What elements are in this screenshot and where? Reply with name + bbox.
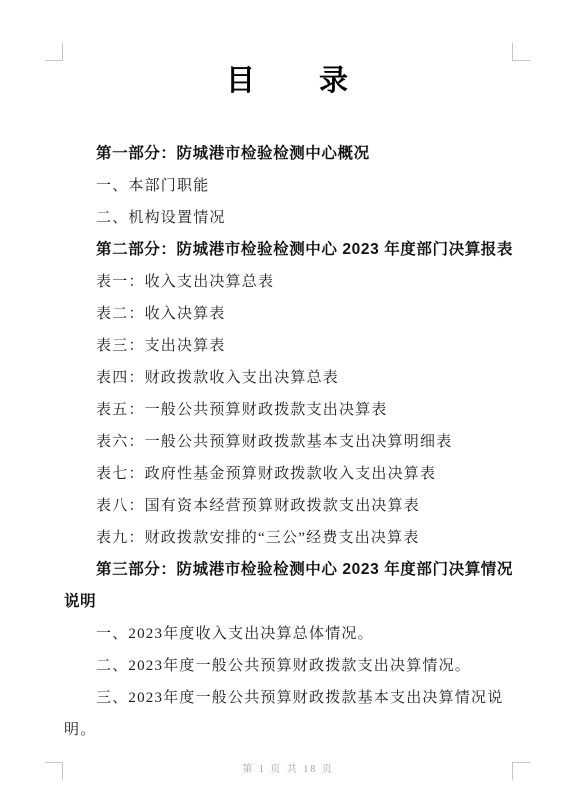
- toc-line: 表四：财政拨款收入支出决算总表: [64, 362, 512, 394]
- crop-mark-top-left: [45, 43, 63, 61]
- toc-line: 说明: [64, 586, 512, 618]
- toc-line: 表六：一般公共预算财政拨款基本支出决算明细表: [64, 426, 512, 458]
- page-number-footer: 第 1 页 共 18 页: [64, 760, 512, 775]
- toc-line: 表五：一般公共预算财政拨款支出决算表: [64, 394, 512, 426]
- toc-list: 第一部分：防城港市检验检测中心概况一、本部门职能二、机构设置情况第二部分：防城港…: [64, 138, 512, 746]
- crop-mark-bottom-right: [512, 762, 530, 780]
- toc-line: 表一：收入支出决算总表: [64, 266, 512, 298]
- toc-line: 三、2023年度一般公共预算财政拨款基本支出决算情况说: [64, 682, 512, 714]
- toc-line: 表二：收入决算表: [64, 298, 512, 330]
- toc-line: 一、本部门职能: [64, 170, 512, 202]
- document-page: 目 录 第一部分：防城港市检验检测中心概况一、本部门职能二、机构设置情况第二部分…: [0, 0, 567, 797]
- toc-line: 二、2023年度一般公共预算财政拨款支出决算情况。: [64, 650, 512, 682]
- toc-line: 一、2023年度收入支出决算总体情况。: [64, 618, 512, 650]
- toc-line: 表三：支出决算表: [64, 330, 512, 362]
- page-title: 目 录: [64, 61, 512, 101]
- toc-line: 表七：政府性基金预算财政拨款收入支出决算表: [64, 458, 512, 490]
- toc-line: 明。: [64, 714, 512, 746]
- crop-mark-top-right: [512, 43, 530, 61]
- toc-line: 第二部分：防城港市检验检测中心 2023 年度部门决算报表: [64, 234, 512, 266]
- crop-mark-bottom-left: [45, 762, 63, 780]
- toc-line: 二、机构设置情况: [64, 202, 512, 234]
- toc-line: 第三部分：防城港市检验检测中心 2023 年度部门决算情况: [64, 554, 512, 586]
- toc-line: 表八：国有资本经营预算财政拨款支出决算表: [64, 490, 512, 522]
- toc-line: 第一部分：防城港市检验检测中心概况: [64, 138, 512, 170]
- page-content: 目 录 第一部分：防城港市检验检测中心概况一、本部门职能二、机构设置情况第二部分…: [64, 61, 512, 746]
- toc-line: 表九：财政拨款安排的“三公”经费支出决算表: [64, 522, 512, 554]
